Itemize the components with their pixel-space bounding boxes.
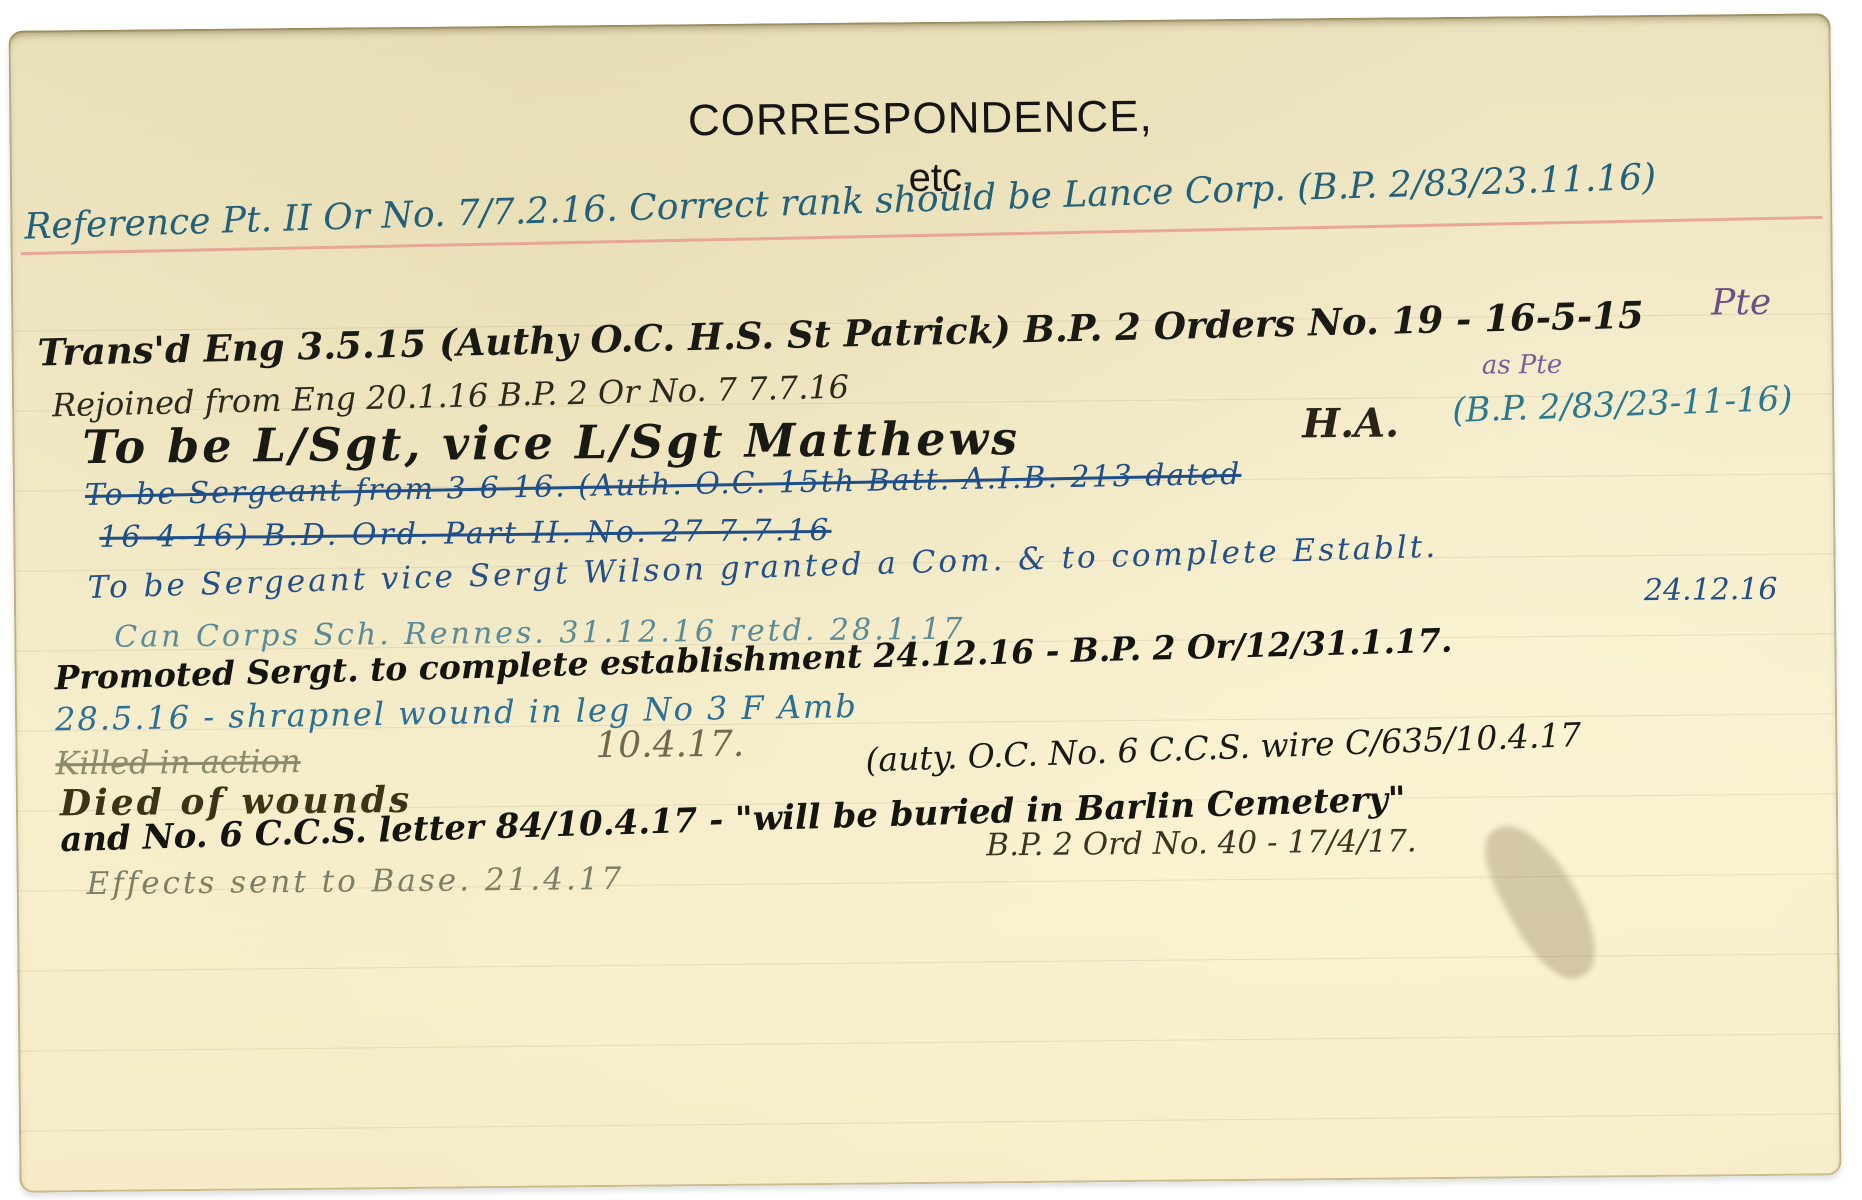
entry-pte-mark: Pte xyxy=(1711,282,1771,324)
ruled-line xyxy=(19,1113,1841,1131)
entry-initials: H.A. xyxy=(1302,399,1399,447)
entry-effects: Effects sent to Base. 21.4.17 xyxy=(86,861,624,902)
entry-bp-ref-2: (B.P. 2/83/23-11-16) xyxy=(1451,379,1793,431)
entry-auty: (auty. O.C. No. 6 C.C.S. wire C/635/10.4… xyxy=(865,715,1582,780)
ruled-line xyxy=(18,1033,1840,1051)
water-stain xyxy=(1471,810,1614,993)
entry-date-24-12-16: 24.12.16 xyxy=(1644,572,1778,608)
entry-killed-struck: Killed in action xyxy=(55,742,301,782)
correspondence-card: CORRESPONDENCE, etc. Reference Pt. II Or… xyxy=(8,13,1841,1192)
card-heading: CORRESPONDENCE, xyxy=(9,85,1831,152)
entry-sergeant-struck-2: 16-4-16) B.D. Ord. Part II. No. 27 7.7.1… xyxy=(99,513,832,555)
entry-as-pte: as Pte xyxy=(1482,350,1563,381)
entry-bp-40: B.P. 2 Ord No. 40 - 17/4/17. xyxy=(986,823,1417,863)
entry-date-10-4-17: 10.4.17. xyxy=(595,724,744,766)
entry-trans-eng: Trans'd Eng 3.5.15 (Authy O.C. H.S. St P… xyxy=(37,293,1644,375)
